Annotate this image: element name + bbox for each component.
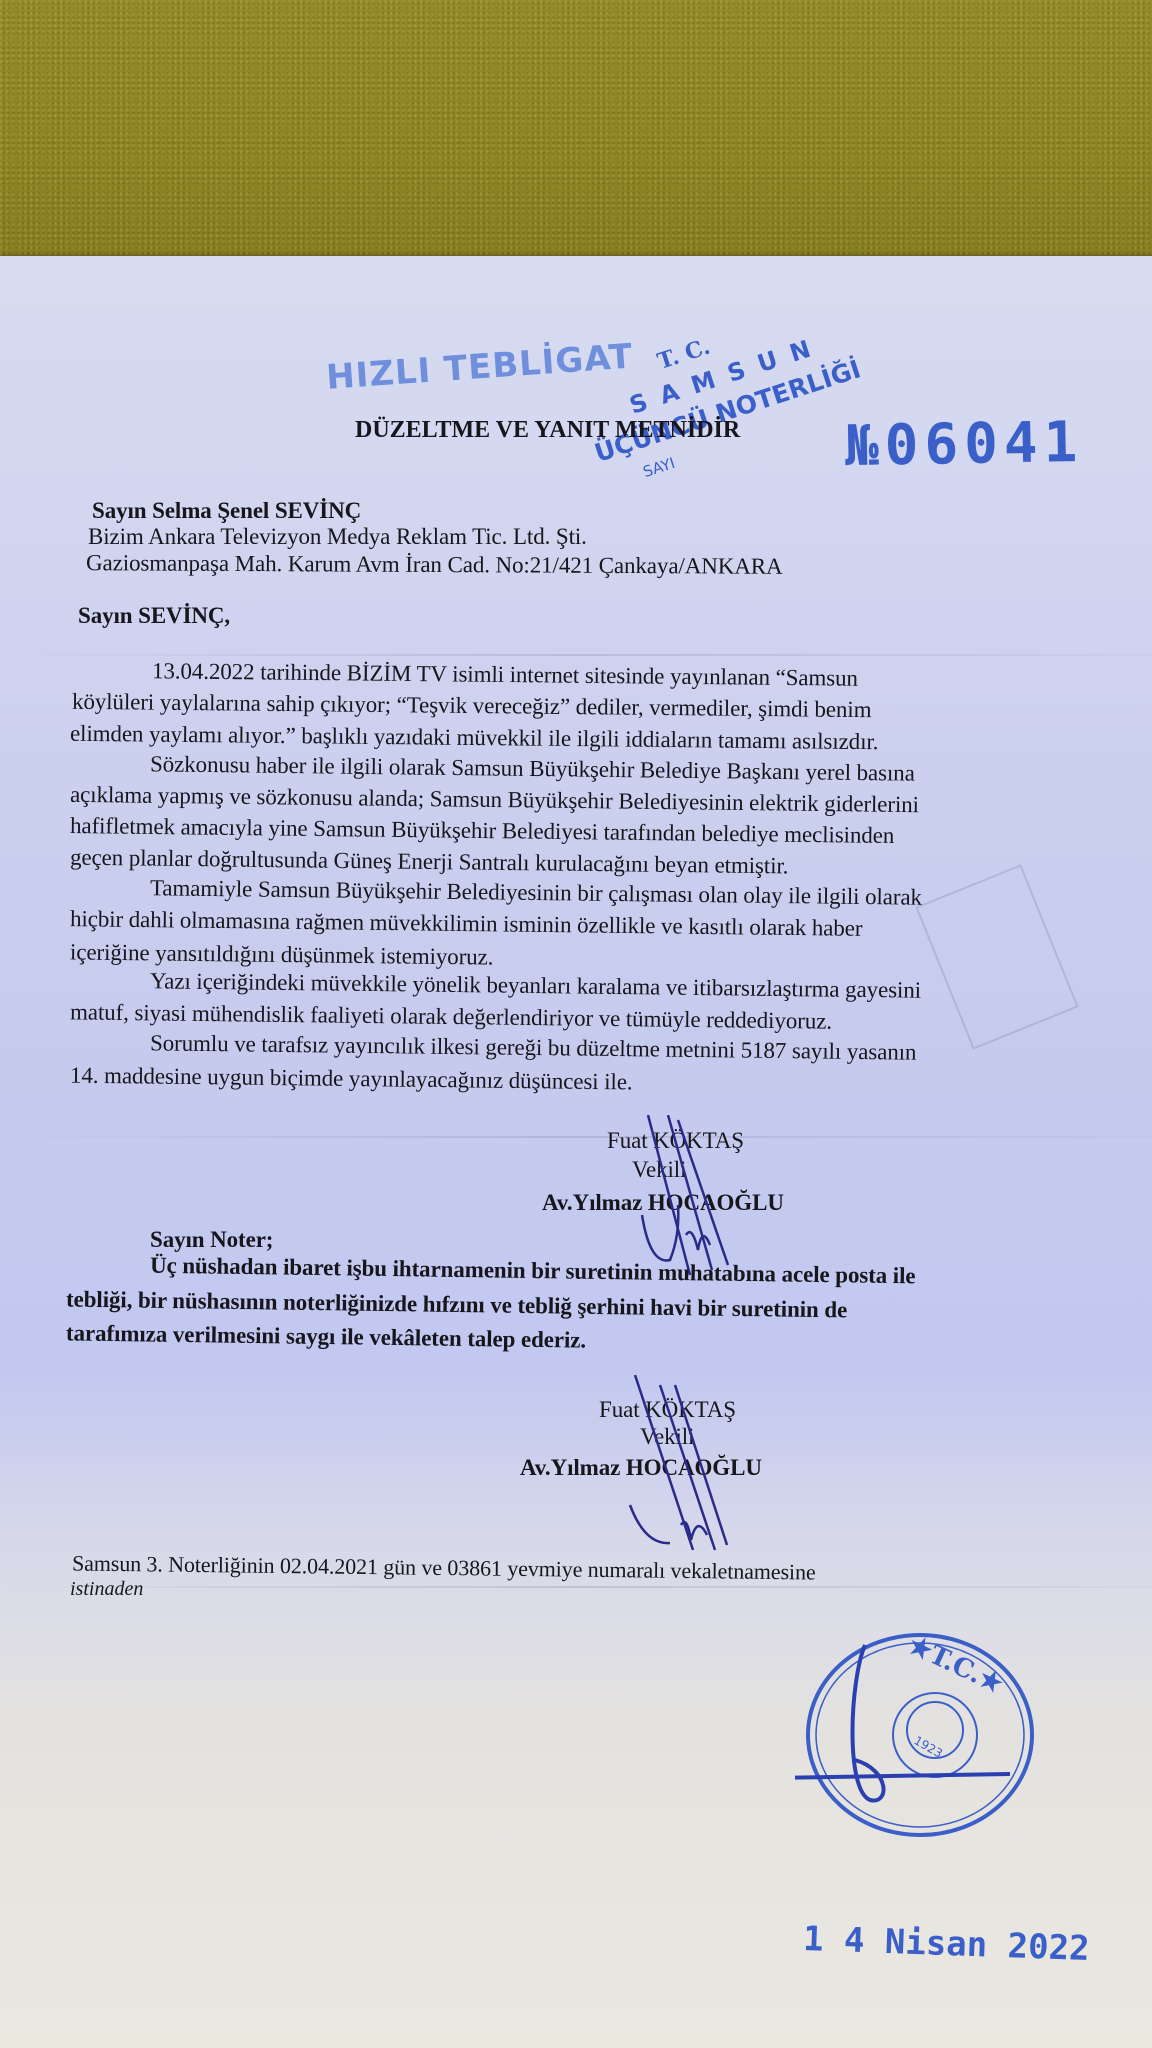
recipient-address: Gaziosmanpaşa Mah. Karum Avm İran Cad. N… [86, 550, 783, 580]
stamp-sayi-label: SAYI [641, 454, 677, 481]
document-title: DÜZELTME VE YANIT METNİDİR [355, 417, 740, 444]
document-number-stamp: №06041 [844, 410, 1083, 479]
footer-istinaden: istinaden [70, 1578, 143, 1601]
signature-icon [615, 1375, 765, 1560]
paper-fold [0, 654, 1152, 656]
signature-icon [620, 1115, 770, 1280]
paper-fold [0, 1586, 1152, 1588]
recipient-name: Sayın Selma Şenel SEVİNÇ [92, 498, 361, 524]
table-surface [0, 0, 1152, 262]
notary-heading: Sayın Noter; [150, 1227, 273, 1253]
paper-fold [0, 1136, 1152, 1138]
salutation: Sayın SEVİNÇ, [78, 603, 230, 629]
notary-seal: ★T.C.★ 1923 ÜÇÜNCÜ SAMSUN NOTERLİĞİ 2 [795, 1620, 1045, 1850]
recipient-company: Bizim Ankara Televizyon Medya Reklam Tic… [88, 524, 587, 550]
body-line: içeriğine yansıtıldığını düşünmek istemi… [70, 939, 494, 970]
